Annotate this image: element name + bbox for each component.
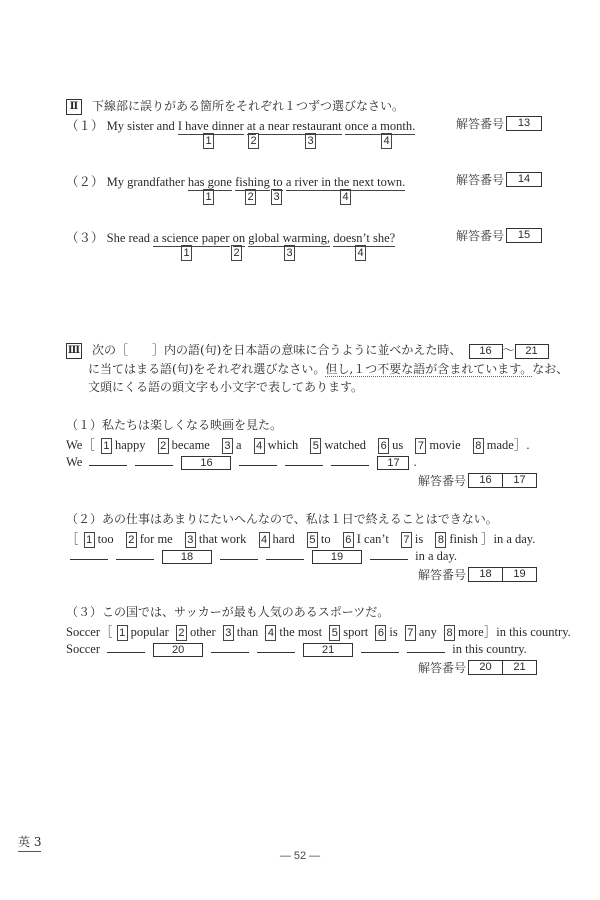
option-word: is (415, 532, 423, 546)
option-word: that work (199, 532, 247, 546)
section2-header: Ⅱ下線部に誤りがある箇所をそれぞれ１つずつ選びなさい。 (66, 97, 404, 115)
blank (239, 455, 277, 466)
option-number: 2 (126, 532, 137, 548)
section3-instruction-line1: 次の［ ］内の語(句)を日本語の意味に合うように並べかえた時、 (92, 343, 461, 357)
part-label-3: 3 (305, 133, 316, 149)
s3-q2-answer-line: 1819 in a day. (66, 549, 457, 564)
option-6: 6us (378, 438, 403, 452)
s2-question-3: （３） She read a science paper on global w… (66, 228, 395, 246)
blank (220, 549, 258, 560)
slot-20: 20 (153, 643, 203, 657)
option-number: 8 (473, 438, 484, 454)
option-4: 4hard (259, 532, 295, 546)
section3-header: Ⅲ次の［ ］内の語(句)を日本語の意味に合うように並べかえた時、 16～21 (66, 341, 549, 359)
japanese-sentence: 私たちは楽しくなる映画を見た。 (102, 418, 282, 432)
option-number: 3 (223, 625, 234, 641)
part-label-2: 2 (248, 133, 259, 149)
s3-q2-options: ［ 1too 2for me 3that work 4hard 5to 6I c… (66, 529, 535, 548)
option-1: 1happy (101, 438, 146, 452)
slot-17: 17 (377, 456, 409, 470)
s3-q3-japanese: （３）この国では、サッカーが最も人気のあるスポーツだ。 (66, 603, 389, 620)
answer-field-13: 解答番号13 (456, 115, 542, 132)
option-number: 4 (254, 438, 265, 454)
answer-field-18-19: 解答番号1819 (418, 566, 537, 583)
options-lead: We［ (66, 438, 95, 452)
option-number: 4 (265, 625, 276, 641)
blank (89, 455, 127, 466)
option-word: the most (279, 625, 322, 639)
option-4: 4which (254, 438, 299, 452)
option-word: made］. (487, 438, 530, 452)
question-number: （２） (66, 175, 104, 189)
part-label-3: 3 (271, 189, 282, 205)
option-7: 7movie (415, 438, 460, 452)
answer-end: . (413, 455, 416, 469)
option-number: 8 (435, 532, 446, 548)
blank (407, 642, 445, 653)
option-2: 2for me (126, 532, 173, 546)
slot-18: 18 (162, 550, 212, 564)
option-number: 1 (117, 625, 128, 641)
blank (211, 642, 249, 653)
option-5: 5to (307, 532, 331, 546)
option-word: a (236, 438, 242, 452)
range-end-box: 21 (515, 344, 549, 359)
section-number-badge: Ⅱ (66, 99, 82, 115)
option-word: sport (343, 625, 368, 639)
option-word: movie (429, 438, 460, 452)
option-5: 5watched (310, 438, 366, 452)
blank (135, 455, 173, 466)
option-8: 8more］in this country. (444, 625, 571, 639)
japanese-sentence: この国では、サッカーが最も人気のあるスポーツだ。 (102, 605, 389, 619)
range-separator: ～ (503, 343, 515, 357)
answer-box-17[interactable]: 17 (503, 473, 537, 488)
option-3: 3that work (185, 532, 247, 546)
sentence-prefix: My grandfather (107, 175, 188, 189)
range-start-box: 16 (469, 344, 503, 359)
s3-q2-japanese: （２）あの仕事はあまりにたいへんなので、私は１日で終えることはできない。 (66, 510, 498, 527)
option-number: 8 (444, 625, 455, 641)
part-label-4: 4 (381, 133, 392, 149)
answer-end: in a day. (415, 549, 457, 563)
answer-start-word: Soccer (66, 642, 100, 656)
blank (370, 549, 408, 560)
option-number: 4 (259, 532, 270, 548)
option-word: any (419, 625, 437, 639)
option-word: became (172, 438, 210, 452)
sentence-prefix: She read (107, 231, 154, 245)
blank (331, 455, 369, 466)
blank (116, 549, 154, 560)
option-8: 8finish ］in a day. (435, 532, 535, 546)
answer-field-14: 解答番号14 (456, 171, 542, 188)
option-2: 2other (176, 625, 216, 639)
slot-21: 21 (303, 643, 353, 657)
s3-q3-options: Soccer［ 1popular 2other 3than 4the most … (66, 622, 571, 641)
option-number: 2 (176, 625, 187, 641)
option-8: 8made］. (473, 438, 530, 452)
answer-field-15: 解答番号15 (456, 227, 542, 244)
option-word: popular (131, 625, 169, 639)
option-word: for me (140, 532, 173, 546)
answer-end: in this country. (452, 642, 527, 656)
option-word: hard (273, 532, 295, 546)
part-label-4: 4 (355, 245, 366, 261)
answer-start-word: We (66, 455, 82, 469)
answer-number-box[interactable]: 14 (506, 172, 542, 187)
part-label-3: 3 (284, 245, 295, 261)
s2-question-2: （２） My grandfather has gone fishing to a… (66, 172, 405, 190)
options-lead: ［ (66, 532, 79, 546)
blank (266, 549, 304, 560)
answer-label: 解答番号 (456, 117, 504, 131)
option-6: 6I can’t (343, 532, 389, 546)
option-7: 7any (405, 625, 437, 639)
instruction-text: に当てはまる語(句)をそれぞれ選びなさい。 (88, 362, 325, 376)
option-word: more］in this country. (458, 625, 571, 639)
blank (70, 549, 108, 560)
option-7: 7is (401, 532, 423, 546)
option-1: 1too (84, 532, 114, 546)
answer-box-16[interactable]: 16 (468, 473, 503, 488)
answer-box-18[interactable]: 18 (468, 567, 503, 582)
option-word: is (389, 625, 397, 639)
blank (107, 642, 145, 653)
s3-q1-japanese: （１）私たちは楽しくなる映画を見た。 (66, 416, 282, 433)
part-label-1: 1 (181, 245, 192, 261)
section3-instruction-line2: に当てはまる語(句)をそれぞれ選びなさい。但し,１つ不要な語が含まれています。な… (88, 360, 568, 377)
option-5: 5sport (329, 625, 368, 639)
answer-label: 解答番号 (418, 661, 466, 675)
question-number: （１） (66, 119, 104, 133)
option-1: 1popular (117, 625, 169, 639)
section3-instruction-line3: 文頭にくる語の頭文字も小文字で表してあります。 (88, 378, 363, 395)
blank (361, 642, 399, 653)
answer-label: 解答番号 (418, 568, 466, 582)
option-4: 4the most (265, 625, 322, 639)
option-word: other (190, 625, 216, 639)
s2-question-1: （１） My sister and I have dinner at a nea… (66, 116, 415, 134)
option-number: 3 (185, 532, 196, 548)
instruction-text: なお、 (532, 362, 568, 376)
answer-number-box[interactable]: 15 (506, 228, 542, 243)
option-number: 2 (158, 438, 169, 454)
option-number: 6 (343, 532, 354, 548)
s3-q3-answer-line: Soccer 2021 in this country. (66, 642, 527, 657)
s3-q1-options: We［ 1happy 2became 3a 4which 5watched 6u… (66, 435, 529, 454)
option-word: which (268, 438, 299, 452)
option-number: 6 (378, 438, 389, 454)
answer-number-box[interactable]: 13 (506, 116, 542, 131)
slot-16: 16 (181, 456, 231, 470)
option-number: 1 (84, 532, 95, 548)
blank (285, 455, 323, 466)
option-3: 3than (223, 625, 259, 639)
s3-q1-answer-line: We 1617. (66, 455, 417, 470)
part-label-1: 1 (203, 189, 214, 205)
answer-label: 解答番号 (456, 173, 504, 187)
option-number: 3 (222, 438, 233, 454)
option-word: too (98, 532, 114, 546)
option-number: 6 (375, 625, 386, 641)
blank (257, 642, 295, 653)
option-word: to (321, 532, 331, 546)
option-number: 5 (307, 532, 318, 548)
option-6: 6is (375, 625, 397, 639)
option-number: 7 (401, 532, 412, 548)
answer-label: 解答番号 (456, 229, 504, 243)
option-word: I can’t (357, 532, 389, 546)
instruction-note-underlined: 但し,１つ不要な語が含まれています。 (325, 362, 532, 377)
answer-box-21[interactable]: 21 (503, 660, 537, 675)
option-number: 7 (405, 625, 416, 641)
question-number: （２） (66, 512, 102, 526)
underlined-part-3: a near restaurant (259, 119, 342, 135)
answer-box-20[interactable]: 20 (468, 660, 503, 675)
sentence-prefix: My sister and (107, 119, 178, 133)
question-number: （３） (66, 231, 104, 245)
option-word: happy (115, 438, 146, 452)
part-label-2: 2 (231, 245, 242, 261)
section-number-badge: Ⅲ (66, 343, 82, 359)
option-3: 3a (222, 438, 242, 452)
part-label-2: 2 (245, 189, 256, 205)
page-number: ― 52 ― (0, 850, 600, 862)
option-number: 5 (329, 625, 340, 641)
option-2: 2became (158, 438, 210, 452)
japanese-sentence: あの仕事はあまりにたいへんなので、私は１日で終えることはできない。 (102, 512, 498, 526)
part-label-1: 1 (203, 133, 214, 149)
option-number: 7 (415, 438, 426, 454)
section2-instruction: 下線部に誤りがある箇所をそれぞれ１つずつ選びなさい。 (92, 99, 404, 113)
answer-box-19[interactable]: 19 (503, 567, 537, 582)
option-word: than (237, 625, 259, 639)
question-number: （３） (66, 605, 102, 619)
slot-19: 19 (312, 550, 362, 564)
answer-field-16-17: 解答番号1617 (418, 472, 537, 489)
answer-label: 解答番号 (418, 474, 466, 488)
option-number: 1 (101, 438, 112, 454)
answer-field-20-21: 解答番号2021 (418, 659, 537, 676)
part-label-4: 4 (340, 189, 351, 205)
question-number: （１） (66, 418, 102, 432)
options-lead: Soccer［ (66, 625, 113, 639)
option-number: 5 (310, 438, 321, 454)
option-word: finish ］in a day. (449, 532, 535, 546)
option-word: watched (324, 438, 366, 452)
option-word: us (392, 438, 403, 452)
